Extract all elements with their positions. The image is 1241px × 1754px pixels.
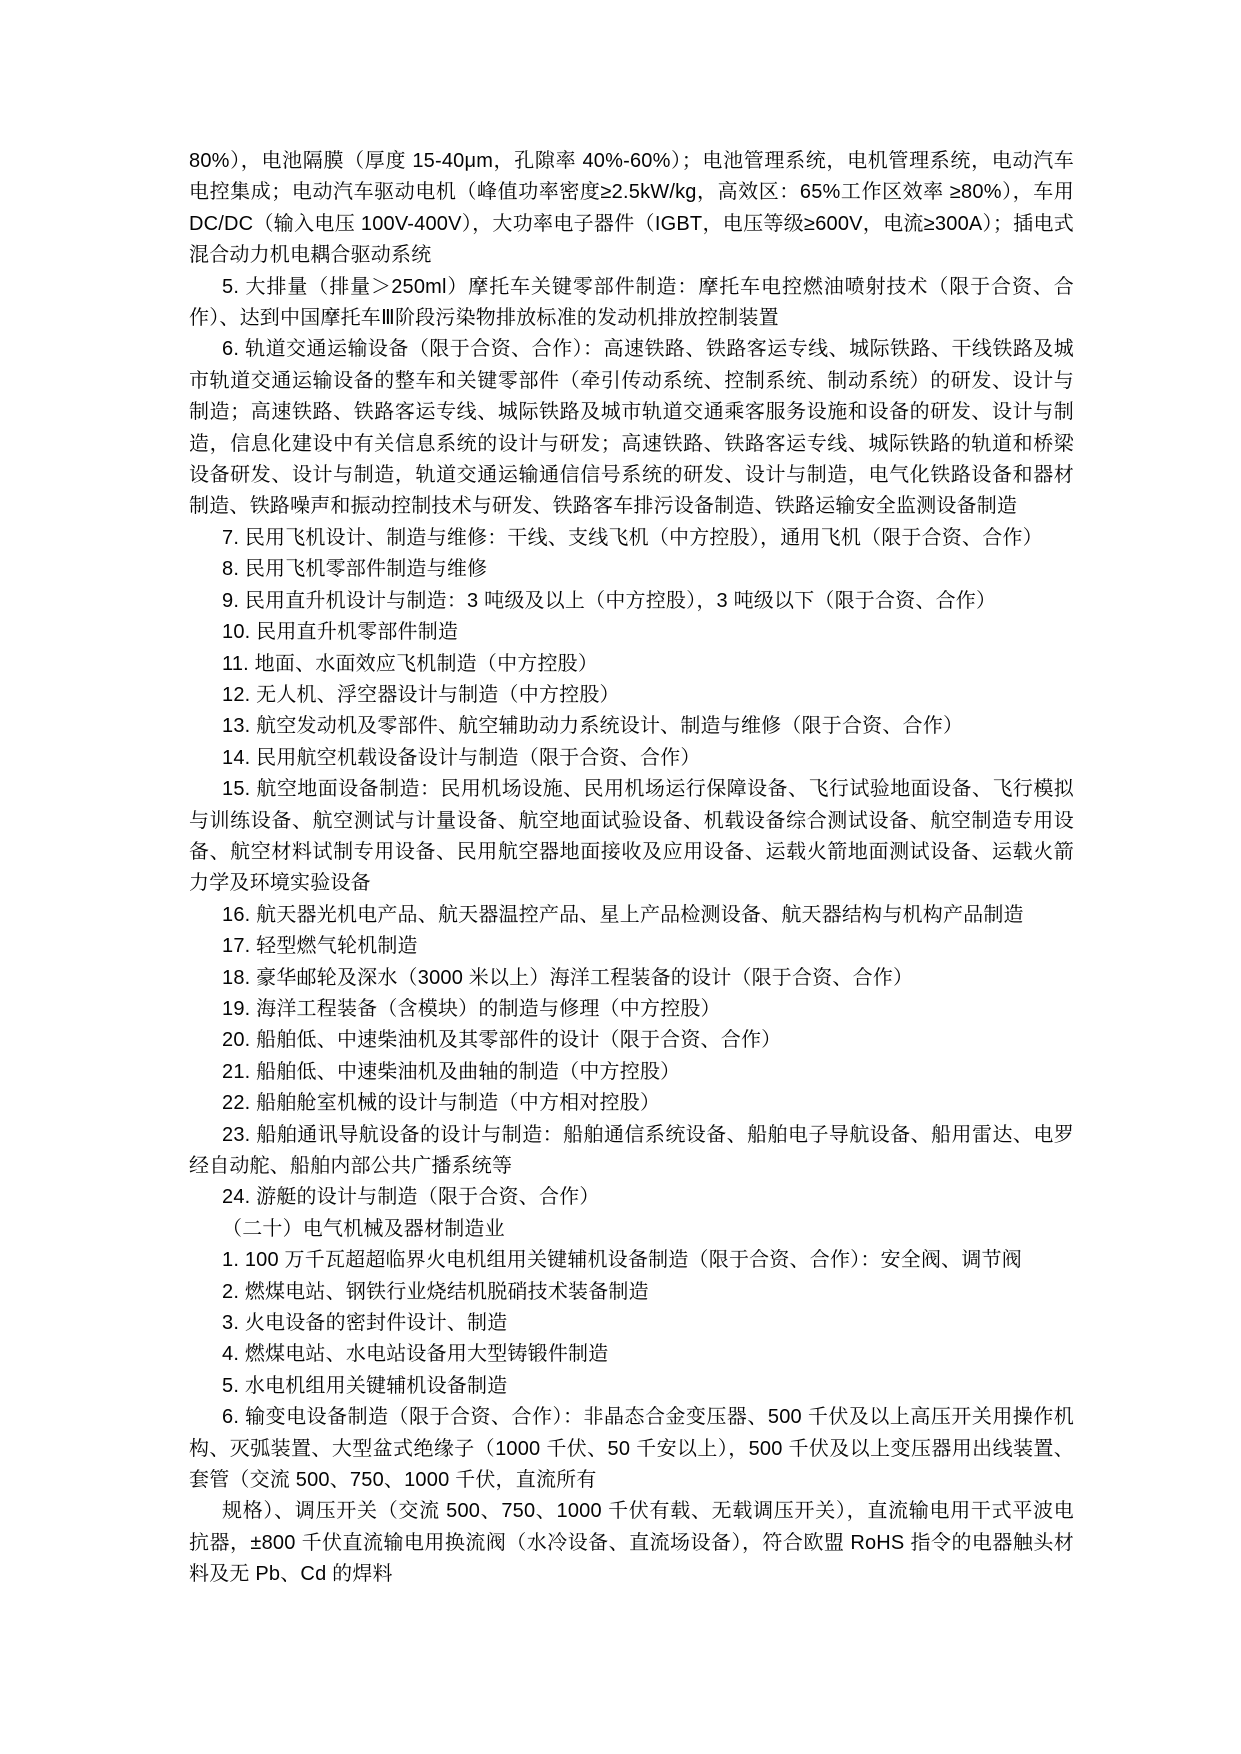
paragraph-sec20-item-4: 4. 燃煤电站、水电站设备用大型铸锻件制造 — [189, 1339, 1074, 1370]
paragraph-item-11: 11. 地面、水面效应飞机制造（中方控股） — [189, 649, 1074, 680]
paragraph-item-12: 12. 无人机、浮空器设计与制造（中方控股） — [189, 680, 1074, 711]
paragraph-item-22: 22. 船舶舱室机械的设计与制造（中方相对控股） — [189, 1088, 1074, 1119]
paragraph-continuation: 80%），电池隔膜（厚度 15-40μm，孔隙率 40%-60%）；电池管理系统… — [189, 146, 1074, 272]
document-page: 80%），电池隔膜（厚度 15-40μm，孔隙率 40%-60%）；电池管理系统… — [0, 0, 1241, 1754]
paragraph-sec20-item-6: 6. 输变电设备制造（限于合资、合作）：非晶态合金变压器、500 千伏及以上高压… — [189, 1402, 1074, 1496]
paragraph-item-7: 7. 民用飞机设计、制造与维修：干线、支线飞机（中方控股），通用飞机（限于合资、… — [189, 523, 1074, 554]
paragraph-item-19: 19. 海洋工程装备（含模块）的制造与修理（中方控股） — [189, 994, 1074, 1025]
document-text-block: 80%），电池隔膜（厚度 15-40μm，孔隙率 40%-60%）；电池管理系统… — [189, 146, 1074, 1591]
paragraph-item-5: 5. 大排量（排量＞250ml）摩托车关键零部件制造：摩托车电控燃油喷射技术（限… — [189, 272, 1074, 335]
paragraph-item-15: 15. 航空地面设备制造：民用机场设施、民用机场运行保障设备、飞行试验地面设备、… — [189, 774, 1074, 900]
paragraph-item-24: 24. 游艇的设计与制造（限于合资、合作） — [189, 1182, 1074, 1213]
paragraph-item-8: 8. 民用飞机零部件制造与维修 — [189, 554, 1074, 585]
paragraph-sec20-item-6-continuation: 规格）、调压开关（交流 500、750、1000 千伏有载、无载调压开关），直流… — [189, 1496, 1074, 1590]
paragraph-item-13: 13. 航空发动机及零部件、航空辅助动力系统设计、制造与维修（限于合资、合作） — [189, 711, 1074, 742]
paragraph-sec20-item-5: 5. 水电机组用关键辅机设备制造 — [189, 1371, 1074, 1402]
paragraph-item-9: 9. 民用直升机设计与制造：3 吨级及以上（中方控股），3 吨级以下（限于合资、… — [189, 586, 1074, 617]
paragraph-sec20-item-2: 2. 燃煤电站、钢铁行业烧结机脱硝技术装备制造 — [189, 1277, 1074, 1308]
paragraph-item-16: 16. 航天器光机电产品、航天器温控产品、星上产品检测设备、航天器结构与机构产品… — [189, 900, 1074, 931]
paragraph-item-14: 14. 民用航空机载设备设计与制造（限于合资、合作） — [189, 743, 1074, 774]
section-heading-20: （二十）电气机械及器材制造业 — [189, 1214, 1074, 1245]
paragraph-item-10: 10. 民用直升机零部件制造 — [189, 617, 1074, 648]
paragraph-sec20-item-3: 3. 火电设备的密封件设计、制造 — [189, 1308, 1074, 1339]
paragraph-sec20-item-1: 1. 100 万千瓦超超临界火电机组用关键辅机设备制造（限于合资、合作）：安全阀… — [189, 1245, 1074, 1276]
paragraph-item-18: 18. 豪华邮轮及深水（3000 米以上）海洋工程装备的设计（限于合资、合作） — [189, 963, 1074, 994]
paragraph-item-20: 20. 船舶低、中速柴油机及其零部件的设计（限于合资、合作） — [189, 1025, 1074, 1056]
paragraph-item-6: 6. 轨道交通运输设备（限于合资、合作）：高速铁路、铁路客运专线、城际铁路、干线… — [189, 334, 1074, 522]
paragraph-item-23: 23. 船舶通讯导航设备的设计与制造：船舶通信系统设备、船舶电子导航设备、船用雷… — [189, 1120, 1074, 1183]
paragraph-item-21: 21. 船舶低、中速柴油机及曲轴的制造（中方控股） — [189, 1057, 1074, 1088]
paragraph-item-17: 17. 轻型燃气轮机制造 — [189, 931, 1074, 962]
